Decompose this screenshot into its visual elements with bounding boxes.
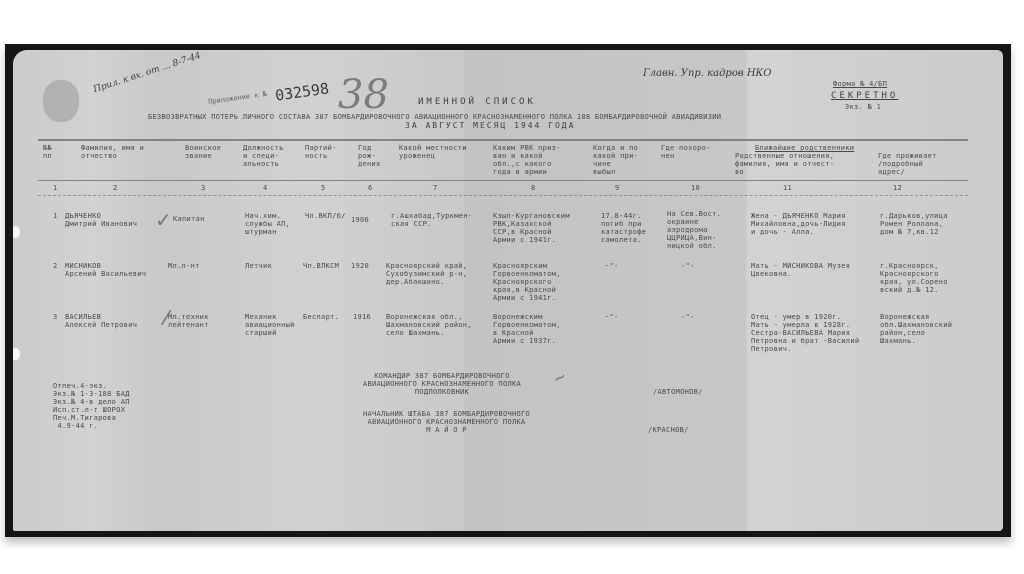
col-num-6: 6	[368, 184, 373, 192]
commander-block: КОМАНДИР 387 БОМБАРДИРОВОЧНОГО АВИАЦИОНН…	[363, 372, 521, 396]
handwritten-number: 38	[338, 72, 389, 118]
col-header-1: №№ пп	[43, 144, 52, 160]
row-year: 1920	[351, 262, 369, 270]
row-name: МИСНИКОВ Арсений Васильевич	[65, 262, 146, 278]
row-party: Чл.ВЛКСМ	[303, 262, 339, 270]
stamp-label: Приложение к №	[208, 90, 268, 106]
document-frame: Прил. к вх. от ... 8-7-44 Приложение к №…	[5, 44, 1011, 537]
row-buried: На Сев.Вост. окраине аэродрома ЦЦРИЦА,Ви…	[667, 210, 721, 250]
col-header-4: Должность и специ- альность	[243, 144, 284, 168]
row-number: 1	[53, 212, 58, 220]
col-group-relatives: Ближайшие родственники	[755, 144, 854, 152]
col-header-5: Партий- ность	[305, 144, 337, 160]
col-num-4: 4	[263, 184, 268, 192]
col-header-12: Где проживает /подробный адрес/	[878, 152, 937, 176]
row-buried: -"-	[681, 262, 695, 270]
handwritten-note-top-left: Прил. к вх. от ... 8-7-44	[92, 51, 202, 95]
handwritten-note-top-right: Главн. Упр. кадров НКО	[643, 68, 772, 79]
col-header-11: Родственные отношения, фамилия, имя и от…	[735, 152, 834, 176]
row-buried: -"-	[681, 313, 695, 321]
row-name: ДЬЯЧЕНКО Дмитрий Иванович	[65, 212, 137, 228]
col-header-7: Какой местности уроженец	[399, 144, 467, 160]
row-address: г.Красноярск, Красноярского края, ул.Сор…	[880, 262, 948, 294]
col-num-12: 12	[893, 184, 902, 192]
row-position: Нач.хим. службы АП, штурман	[245, 212, 290, 236]
row-relatives: Отец - умер в 1920г. Мать - умерла в 192…	[751, 313, 859, 353]
col-header-3: Воинское звание	[185, 144, 221, 160]
row-draft: Красноярским Горвоенкоматом, Красноярско…	[493, 262, 561, 302]
distribution-footnote: Отпеч.4-экз. Экз.№ 1-3-188 БАД Экз.№ 4-в…	[53, 382, 130, 430]
row-position: Летчик	[245, 262, 272, 270]
col-num-2: 2	[113, 184, 118, 192]
document-paper: Прил. к вх. от ... 8-7-44 Приложение к №…	[13, 50, 1003, 531]
row-when: -"-	[605, 313, 619, 321]
table-top-rule	[38, 139, 968, 141]
col-num-8: 8	[531, 184, 536, 192]
row-party: Чл.ВКП/б/	[305, 212, 346, 220]
row-rank: Капитан	[173, 215, 205, 223]
row-draft: Кзыл-Кургановским РВК,Казахской ССР,в Кр…	[493, 212, 570, 244]
commander-signature: ~	[549, 366, 570, 389]
row-position: Механик авиационный старший	[245, 313, 295, 337]
punch-hole	[13, 226, 20, 238]
col-header-10: Где похоро- нен	[661, 144, 711, 160]
form-number: Форма № 4/БП	[833, 80, 887, 88]
row-rank: Мл.техник лейтенант	[168, 313, 209, 329]
row-birthplace: г.Ашхабад,Туркмен- ская ССР.	[391, 212, 472, 228]
row-birthplace: Красноярский край, Сухобузимский р-н, де…	[386, 262, 467, 286]
row-relatives: Мать - МИСНИКОВА Музея Цвековна.	[751, 262, 850, 278]
col-header-9: Когда и по какой при- чине выбыл	[593, 144, 638, 176]
document-title: ИМЕННОЙ СПИСОК	[418, 98, 536, 106]
row-address: г.Дарьков,улица Ромен Роллана, дом № 7,к…	[880, 212, 948, 236]
stamp-number: 032598	[274, 79, 330, 104]
row-number: 3	[53, 313, 58, 321]
col-num-10: 10	[691, 184, 700, 192]
document-period: ЗА АВГУСТ МЕСЯЦ 1944 ГОДА	[405, 122, 575, 130]
row-relatives: Жена - ДЬЯЧЕНКО Мария Михайловна,дочь-Ли…	[751, 212, 846, 236]
row-rank: Мл.л-нт	[168, 262, 200, 270]
row-draft: Воронежским Горвоенкоматом, в Красной Ар…	[493, 313, 561, 345]
row-year: 1916	[353, 313, 371, 321]
punch-hole	[13, 348, 20, 360]
row-when: 17.8-44г. погиб при катастрофе самолета.	[601, 212, 646, 244]
col-header-6: Год рож- дения	[358, 144, 381, 168]
chief-of-staff-name: /КРАСНОВ/	[648, 426, 689, 434]
row-birthplace: Воронежская обл., Шахмановский район, се…	[386, 313, 472, 337]
row-name: ВАСИЛЬЕВ Алексей Петрович	[65, 313, 137, 329]
header-rule	[38, 180, 968, 181]
col-num-9: 9	[615, 184, 620, 192]
col-header-8: Каким РВК приз- ван и какой обл.,с каког…	[493, 144, 561, 176]
col-header-2: Фамилия, имя и отчество	[81, 144, 144, 160]
commander-name: /АВТОМОНОВ/	[653, 388, 703, 396]
document-subtitle: БЕЗВОЗВРАТНЫХ ПОТЕРЬ ЛИЧНОГО СОСТАВА 387…	[148, 113, 721, 121]
col-num-3: 3	[201, 184, 206, 192]
row-year: 1906	[351, 216, 369, 224]
chief-of-staff-block: НАЧАЛЬНИК ШТАБА 387 БОМБАРДИРОВОЧНОГО АВ…	[363, 410, 530, 434]
numbers-rule	[38, 195, 968, 197]
col-num-5: 5	[321, 184, 326, 192]
row-when: -"-	[605, 262, 619, 270]
row-party: Беспарт.	[303, 313, 339, 321]
col-num-1: 1	[53, 184, 58, 192]
paper-stain	[43, 80, 79, 122]
copy-number: Экз. № 1	[845, 103, 881, 111]
check-mark-icon: ✓	[155, 208, 172, 232]
secret-label: СЕКРЕТНО	[831, 92, 898, 100]
col-num-11: 11	[783, 184, 792, 192]
row-address: Воронежская обл.Шахмановский район,село …	[880, 313, 952, 345]
row-number: 2	[53, 262, 58, 270]
col-num-7: 7	[433, 184, 438, 192]
